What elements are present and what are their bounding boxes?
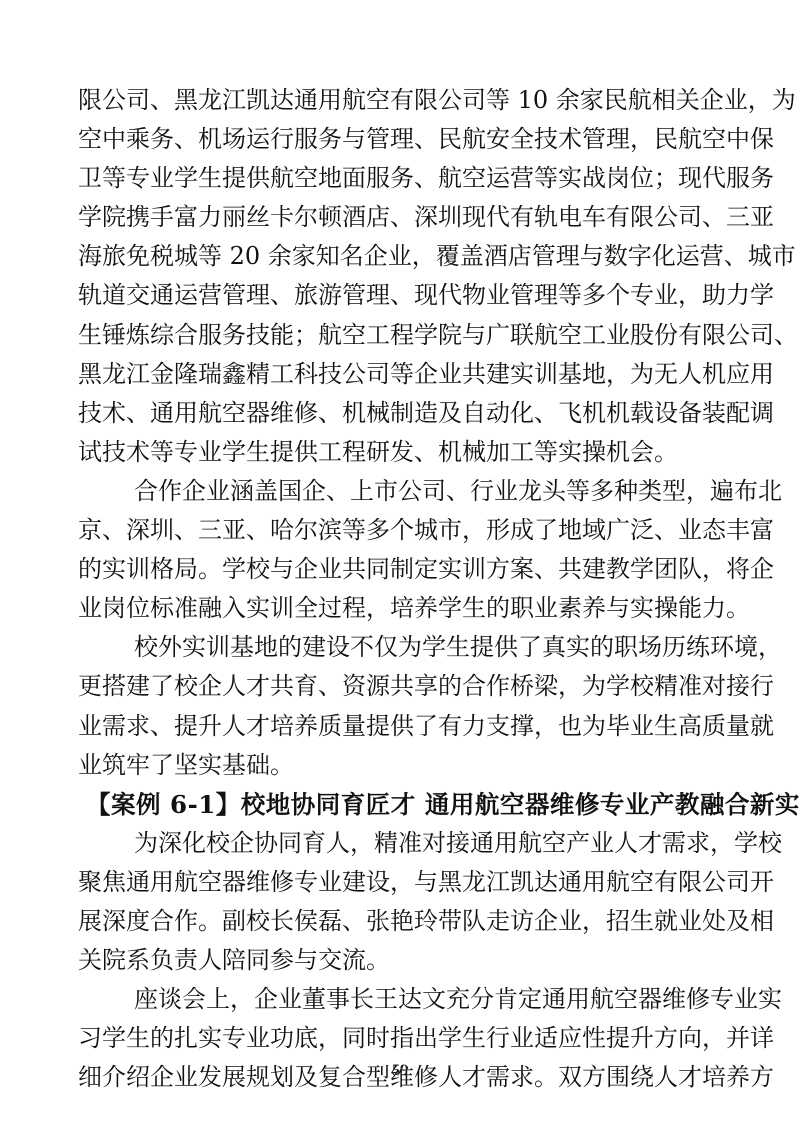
text-line: 学院携手富力丽丝卡尔顿酒店、深圳现代有轨电车有限公司、三亚 [78, 198, 724, 237]
text-line: 展深度合作。副校长侯磊、张艳玲带队走访企业，招生就业处及相 [78, 902, 724, 941]
text-line: 业需求、提升人才培养质量提供了有力支撑，也为毕业生高质量就 [78, 707, 724, 746]
text-line: 聚焦通用航空器维修专业建设，与黑龙江凯达通用航空有限公司开 [78, 863, 724, 902]
text-line: 卫等专业学生提供航空地面服务、航空运营等实战岗位；现代服务 [78, 159, 724, 198]
page-number: 59 [0, 1062, 800, 1080]
document-page: 限公司、黑龙江凯达通用航空有限公司等 10 余家民航相关企业，为 空中乘务、机场… [78, 81, 724, 1097]
text-line: 生锤炼综合服务技能；航空工程学院与广联航空工业股份有限公司、 [78, 316, 724, 355]
text-line: 的实训格局。学校与企业共同制定实训方案、共建教学团队，将企 [78, 550, 724, 589]
text-line: 业筑牢了坚实基础。 [78, 746, 724, 785]
text-line: 座谈会上，企业董事长王达文充分肯定通用航空器维修专业实 [78, 980, 724, 1019]
text-line: 海旅免税城等 20 余家知名企业，覆盖酒店管理与数字化运营、城市 [78, 237, 724, 276]
text-line: 校外实训基地的建设不仅为学生提供了真实的职场历练环境， [78, 628, 724, 667]
text-line: 轨道交通运营管理、旅游管理、现代物业管理等多个专业，助力学 [78, 276, 724, 315]
text-line: 技术、通用航空器维修、机械制造及自动化、飞机机载设备装配调 [78, 394, 724, 433]
paragraph-base-significance: 校外实训基地的建设不仅为学生提供了真实的职场历练环境， 更搭建了校企人才共育、资… [78, 628, 724, 784]
paragraph-training-partners: 限公司、黑龙江凯达通用航空有限公司等 10 余家民航相关企业，为 空中乘务、机场… [78, 81, 724, 472]
text-line: 习学生的扎实专业功底，同时指出学生行业适应性提升方向，并详 [78, 1019, 724, 1058]
text-line: 限公司、黑龙江凯达通用航空有限公司等 10 余家民航相关企业，为 [78, 81, 724, 120]
case-title: 【案例 6-1】校地协同育匠才 通用航空器维修专业产教融合新实践 [78, 785, 724, 824]
text-line: 关院系负责人陪同参与交流。 [78, 941, 724, 980]
text-line: 京、深圳、三亚、哈尔滨等多个城市，形成了地域广泛、业态丰富 [78, 511, 724, 550]
text-line: 空中乘务、机场运行服务与管理、民航安全技术管理，民航空中保 [78, 120, 724, 159]
text-line: 试技术等专业学生提供工程研发、机械加工等实操机会。 [78, 433, 724, 472]
case-heading: 【案例 6-1】校地协同育匠才 通用航空器维修专业产教融合新实践 [78, 785, 724, 824]
text-line: 业岗位标准融入实训全过程，培养学生的职业素养与实操能力。 [78, 589, 724, 628]
text-line: 合作企业涵盖国企、上市公司、行业龙头等多种类型，遍布北 [78, 472, 724, 511]
paragraph-case-intro: 为深化校企协同育人，精准对接通用航空产业人才需求，学校 聚焦通用航空器维修专业建… [78, 824, 724, 980]
text-line: 更搭建了校企人才共育、资源共享的合作桥梁，为学校精准对接行 [78, 667, 724, 706]
paragraph-partner-coverage: 合作企业涵盖国企、上市公司、行业龙头等多种类型，遍布北 京、深圳、三亚、哈尔滨等… [78, 472, 724, 628]
text-line: 黑龙江金隆瑞鑫精工科技公司等企业共建实训基地，为无人机应用 [78, 355, 724, 394]
text-line: 为深化校企协同育人，精准对接通用航空产业人才需求，学校 [78, 824, 724, 863]
